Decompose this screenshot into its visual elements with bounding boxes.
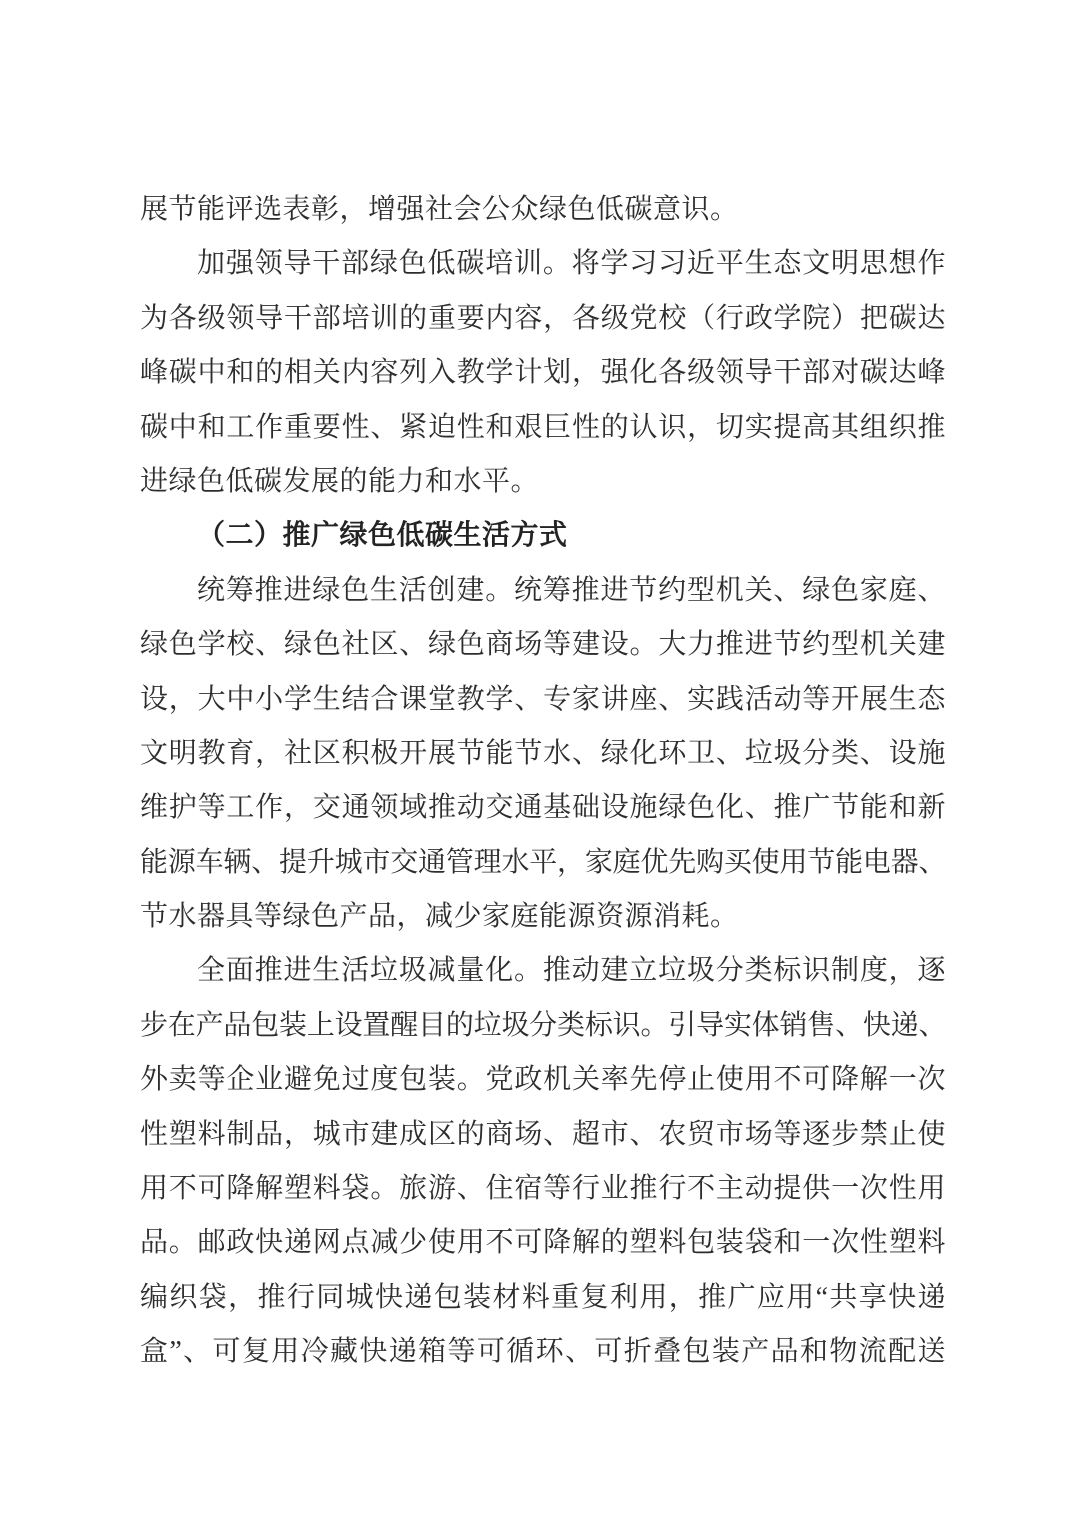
body-text-line: 步在产品包装上设置醒目的垃圾分类标识。引导实体销售、快递、 xyxy=(140,999,946,1053)
body-text-line: 绿色学校、绿色社区、绿色商场等建设。大力推进节约型机关建 xyxy=(140,618,946,672)
body-text-line: 外卖等企业避免过度包装。党政机关率先停止使用不可降解一次 xyxy=(140,1053,946,1107)
body-text-line: 盒”、可复用冷藏快递箱等可循环、可折叠包装产品和物流配送 xyxy=(140,1325,946,1379)
section-heading: （二）推广绿色低碳生活方式 xyxy=(140,509,946,563)
body-text-line: 为各级领导干部培训的重要内容，各级党校（行政学院）把碳达 xyxy=(140,292,946,346)
body-text-line: 全面推进生活垃圾减量化。推动建立垃圾分类标识制度，逐 xyxy=(140,944,946,998)
body-text-line: 编织袋，推行同城快递包装材料重复利用，推广应用“共享快递 xyxy=(140,1271,946,1325)
document-page: 展节能评选表彰，增强社会公众绿色低碳意识。 加强领导干部绿色低碳培训。将学习习近… xyxy=(0,0,1080,1527)
body-text-line: 品。邮政快递网点减少使用不可降解的塑料包装袋和一次性塑料 xyxy=(140,1216,946,1270)
body-text-line: 用不可降解塑料袋。旅游、住宿等行业推行不主动提供一次性用 xyxy=(140,1162,946,1216)
body-text-line: 维护等工作，交通领域推动交通基础设施绿色化、推广节能和新 xyxy=(140,781,946,835)
body-text-line: 能源车辆、提升城市交通管理水平，家庭优先购买使用节能电器、 xyxy=(140,836,946,890)
body-text-line: 峰碳中和的相关内容列入教学计划，强化各级领导干部对碳达峰 xyxy=(140,346,946,400)
body-text-line: 设，大中小学生结合课堂教学、专家讲座、实践活动等开展生态 xyxy=(140,673,946,727)
body-text-line: 加强领导干部绿色低碳培训。将学习习近平生态文明思想作 xyxy=(140,237,946,291)
body-text-line: 统筹推进绿色生活创建。统筹推进节约型机关、绿色家庭、 xyxy=(140,564,946,618)
body-text-line: 节水器具等绿色产品，减少家庭能源资源消耗。 xyxy=(140,890,946,944)
body-text-line: 性塑料制品，城市建成区的商场、超市、农贸市场等逐步禁止使 xyxy=(140,1108,946,1162)
body-text-line: 文明教育，社区积极开展节能节水、绿化环卫、垃圾分类、设施 xyxy=(140,727,946,781)
text-column: 展节能评选表彰，增强社会公众绿色低碳意识。 加强领导干部绿色低碳培训。将学习习近… xyxy=(140,183,946,1380)
body-text-line: 碳中和工作重要性、紧迫性和艰巨性的认识，切实提高其组织推 xyxy=(140,401,946,455)
body-text-line: 进绿色低碳发展的能力和水平。 xyxy=(140,455,946,509)
body-text-line: 展节能评选表彰，增强社会公众绿色低碳意识。 xyxy=(140,183,946,237)
